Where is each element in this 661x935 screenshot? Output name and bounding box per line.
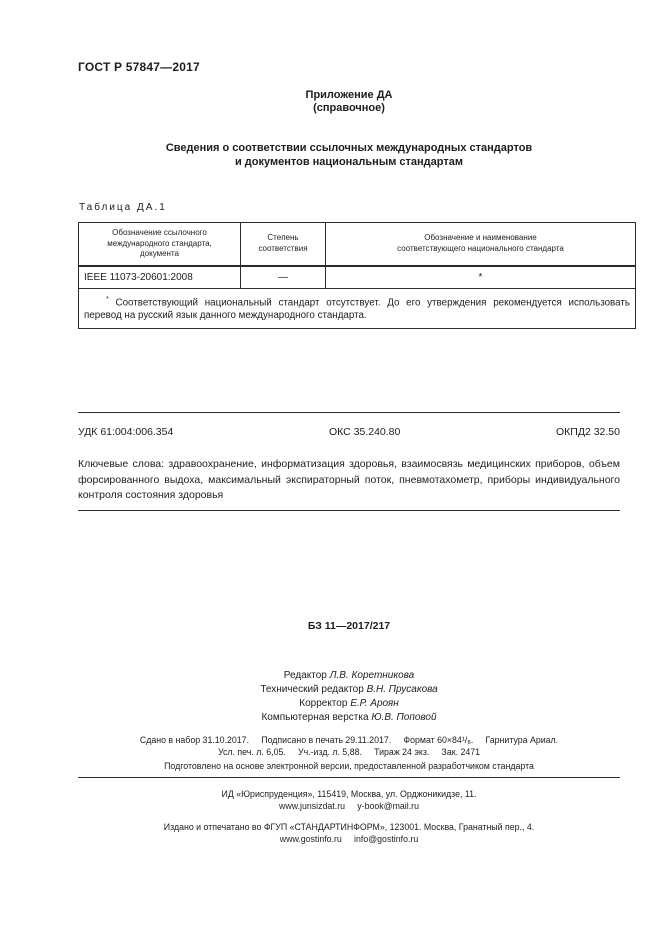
table-header-national: Обозначение и наименование соответствующ… [326, 223, 636, 266]
credits-block: Редактор Л.В. Коретникова Технический ре… [78, 669, 620, 725]
credit-role: Редактор [284, 670, 327, 681]
credit-role: Технический редактор [260, 684, 363, 695]
table-footnote: * Соответствующий национальный стандарт … [79, 288, 636, 328]
publisher-address-1: ИД «Юриспруденция», 115419, Москва, ул. … [78, 789, 620, 799]
appendix-kind: (справочное) [78, 102, 620, 115]
footnote-text: Соответствующий национальный стандарт от… [84, 297, 630, 321]
imprint-prepared-line: Подготовлено на основе электронной верси… [78, 761, 620, 771]
credit-corrector: Корректор Е.Р. Ароян [78, 697, 620, 711]
appendix-title-line1: Сведения о соответствии ссылочных междун… [78, 141, 620, 155]
table-header-row: Обозначение ссылочного международного ст… [79, 223, 636, 266]
credit-technical-editor: Технический редактор В.Н. Прусакова [78, 683, 620, 697]
table-row: IEEE 11073-20601:2008 — * [79, 266, 636, 289]
classification-codes: УДК 61:004:006.354 ОКС 35.240.80 ОКПД2 3… [78, 426, 620, 438]
publisher-contacts-2: www.gostinfo.ru info@gostinfo.ru [78, 834, 620, 844]
credit-name: Ю.В. Поповой [371, 712, 436, 723]
keywords-paragraph: Ключевые слова: здравоохранение, информа… [78, 457, 620, 504]
doc-number: ГОСТ Р 57847—2017 [78, 60, 200, 74]
table-footnote-row: * Соответствующий национальный стандарт … [79, 288, 636, 328]
table-caption: Таблица ДА.1 [79, 202, 167, 213]
cell-degree: — [241, 266, 326, 289]
oks-code: ОКС 35.240.80 [329, 426, 400, 438]
appendix-heading: Приложение ДА (справочное) [78, 89, 620, 115]
okpd2-code: ОКПД2 32.50 [556, 426, 620, 438]
bz-number: БЗ 11—2017/217 [78, 620, 620, 632]
divider-below-keywords [78, 510, 620, 511]
appendix-title: Сведения о соответствии ссылочных междун… [78, 141, 620, 169]
udk-code: УДК 61:004:006.354 [78, 426, 173, 438]
credit-role: Компьютерная верстка [261, 712, 368, 723]
credit-layout: Компьютерная верстка Ю.В. Поповой [78, 711, 620, 725]
appendix-title-line2: и документов национальным стандартам [78, 155, 620, 169]
imprint-typeset-line: Сдано в набор 31.10.2017. Подписано в пе… [78, 735, 620, 745]
divider-above-codes [78, 412, 620, 413]
imprint-volume-line: Усл. печ. л. 6,05. Уч.-изд. л. 5,88. Тир… [78, 747, 620, 757]
document-page: ГОСТ Р 57847—2017 Приложение ДА (справоч… [0, 0, 661, 935]
publisher-contacts-1: www.junsizdat.ru y-book@mail.ru [78, 801, 620, 811]
cell-reference-standard: IEEE 11073-20601:2008 [79, 266, 241, 289]
table-header-reference: Обозначение ссылочного международного ст… [79, 223, 241, 266]
credit-name: В.Н. Прусакова [367, 684, 438, 695]
cell-national-standard: * [326, 266, 636, 289]
credit-role: Корректор [299, 698, 347, 709]
correspondence-table: Обозначение ссылочного международного ст… [78, 222, 636, 329]
table-header-degree: Степень соответствия [241, 223, 326, 266]
footnote-marker: * [106, 296, 109, 303]
publisher-address-2: Издано и отпечатано во ФГУП «СТАНДАРТИНФ… [78, 822, 620, 832]
credit-editor: Редактор Л.В. Коретникова [78, 669, 620, 683]
appendix-label: Приложение ДА [78, 89, 620, 102]
credit-name: Л.В. Коретникова [330, 670, 415, 681]
divider-above-publisher [78, 777, 620, 778]
credit-name: Е.Р. Ароян [350, 698, 399, 709]
